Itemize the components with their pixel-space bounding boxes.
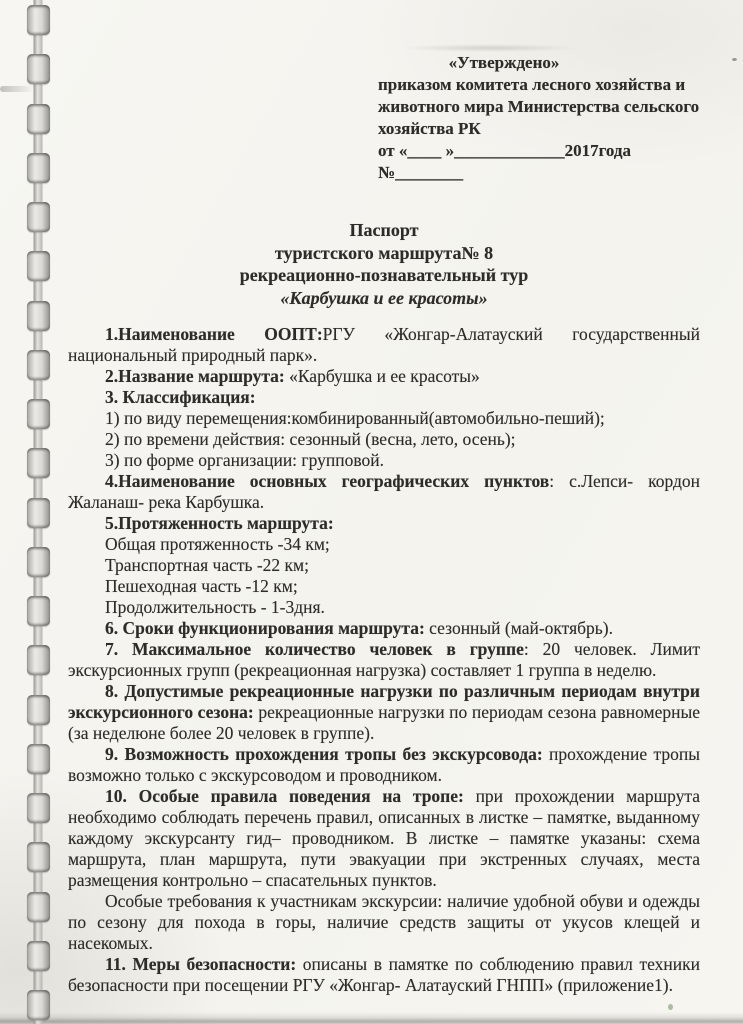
approval-lines: приказом комитета лесного хозяйства ижив…	[378, 74, 700, 184]
paragraph-text: Особые требования к участникам экскурсии…	[68, 891, 700, 953]
paragraph-18: 11. Меры безопасности: описаны в памятке…	[68, 954, 700, 996]
title-line-tour-type: рекреационно-познавательный тур	[68, 264, 700, 287]
paragraph-10: Пешеходная часть -12 км;	[68, 576, 700, 597]
paragraph-text: Пешеходная часть -12 км;	[105, 576, 298, 596]
binding-ring	[27, 54, 50, 84]
paragraph-lead: 5.Протяженность маршрута:	[105, 513, 334, 533]
paragraph-text: 3) по форме организации: групповой.	[105, 450, 384, 470]
paragraph-lead: 6. Сроки функционирования маршрута:	[105, 618, 425, 638]
binding-ring	[27, 301, 50, 331]
paragraph-lead: 4.Наименование основных географических п…	[105, 471, 549, 491]
paragraph-3: 1) по виду перемещения:комбинированный(а…	[68, 408, 700, 429]
document-title: Паспорт туристского маршрута№ 8 рекреаци…	[68, 219, 700, 309]
paragraph-14: 8. Допустимые рекреационные нагрузки по …	[68, 681, 700, 744]
paragraph-16: 10. Особые правила поведения на тропе: п…	[68, 786, 700, 891]
binding-ring	[27, 842, 50, 872]
paragraph-lead: 2.Название маршрута:	[105, 366, 285, 386]
binding-ring	[27, 202, 50, 232]
paragraph-15: 9. Возможность прохождения тропы без экс…	[68, 744, 700, 786]
paragraph-1: 2.Название маршрута: «Карбушка и ее крас…	[68, 366, 700, 387]
document-body: 1.Наименование ООПТ:РГУ «Жонгар-Алатауск…	[68, 324, 700, 996]
binding-ring	[27, 941, 50, 971]
paragraph-4: 2) по времени действия: сезонный (весна,…	[68, 429, 700, 450]
binding-ring	[27, 399, 50, 429]
paragraph-text: 1) по виду перемещения:комбинированный(а…	[105, 408, 605, 428]
title-line-route-name: «Карбушка и ее красоты»	[68, 287, 700, 310]
approval-heading: «Утверждено»	[378, 52, 700, 74]
approval-line: от «____ »_____________2017года	[378, 140, 700, 162]
scanned-document-page: «Утверждено» приказом комитета лесного х…	[0, 0, 743, 1024]
scan-speck	[732, 58, 737, 61]
comb-binding	[26, 0, 50, 1024]
binding-ring	[27, 104, 50, 134]
binding-ring	[27, 990, 50, 1020]
binding-ring	[27, 350, 50, 380]
binding-ring	[27, 793, 50, 823]
paragraph-text: Общая протяженность -34 км;	[105, 534, 330, 554]
paragraph-12: 6. Сроки функционирования маршрута: сезо…	[68, 618, 700, 639]
scan-speck	[668, 1004, 673, 1010]
document-content: «Утверждено» приказом комитета лесного х…	[68, 0, 700, 996]
paragraph-8: Общая протяженность -34 км;	[68, 534, 700, 555]
paragraph-lead: 10. Особые правила поведения на тропе:	[105, 786, 464, 806]
binding-ring	[27, 645, 50, 675]
binding-ring	[27, 251, 50, 281]
binding-ring	[27, 498, 50, 528]
binding-ring	[27, 5, 50, 35]
title-line-route-number: туристского маршрута№ 8	[68, 242, 700, 265]
paragraph-lead: 3. Классификация:	[105, 387, 256, 407]
binding-ring	[27, 744, 50, 774]
paragraph-text: 2) по времени действия: сезонный (весна,…	[105, 429, 516, 449]
paragraph-0: 1.Наименование ООПТ:РГУ «Жонгар-Алатауск…	[68, 324, 700, 366]
paragraph-lead: 1.Наименование ООПТ:	[105, 324, 323, 344]
binding-ring	[27, 596, 50, 626]
binding-ring	[27, 547, 50, 577]
approval-line: №________	[378, 162, 700, 184]
binding-ring	[27, 448, 50, 478]
paragraph-text: Продолжительность - 1-3дня.	[105, 597, 325, 617]
paragraph-7: 5.Протяженность маршрута:	[68, 513, 700, 534]
scan-bottom-edge	[0, 1012, 743, 1024]
paragraph-2: 3. Классификация:	[68, 387, 700, 408]
paragraph-text: сезонный (май-октябрь).	[425, 618, 613, 638]
binding-ring	[27, 153, 50, 183]
paragraph-lead: 7. Максимальное количество человек в гру…	[105, 639, 524, 659]
paragraph-text: «Карбушка и ее красоты»	[285, 366, 480, 386]
paragraph-lead: 9. Возможность прохождения тропы без экс…	[105, 744, 543, 764]
paragraph-17: Особые требования к участникам экскурсии…	[68, 891, 700, 954]
title-line-passport: Паспорт	[68, 219, 700, 242]
paragraph-5: 3) по форме организации: групповой.	[68, 450, 700, 471]
approval-line: приказом комитета лесного хозяйства и	[378, 74, 700, 96]
paragraph-11: Продолжительность - 1-3дня.	[68, 597, 700, 618]
approval-line: хозяйства РК	[378, 118, 700, 140]
paragraph-9: Транспортная часть -22 км;	[68, 555, 700, 576]
paragraph-lead: 11. Меры безопасности:	[105, 954, 296, 974]
paragraph-text: Транспортная часть -22 км;	[105, 555, 309, 575]
binding-ring	[27, 892, 50, 922]
binding-ring	[27, 695, 50, 725]
approval-line: животного мира Министерства сельского	[378, 96, 700, 118]
paragraph-6: 4.Наименование основных географических п…	[68, 471, 700, 513]
paragraph-13: 7. Максимальное количество человек в гру…	[68, 639, 700, 681]
approval-block: «Утверждено» приказом комитета лесного х…	[378, 52, 700, 184]
